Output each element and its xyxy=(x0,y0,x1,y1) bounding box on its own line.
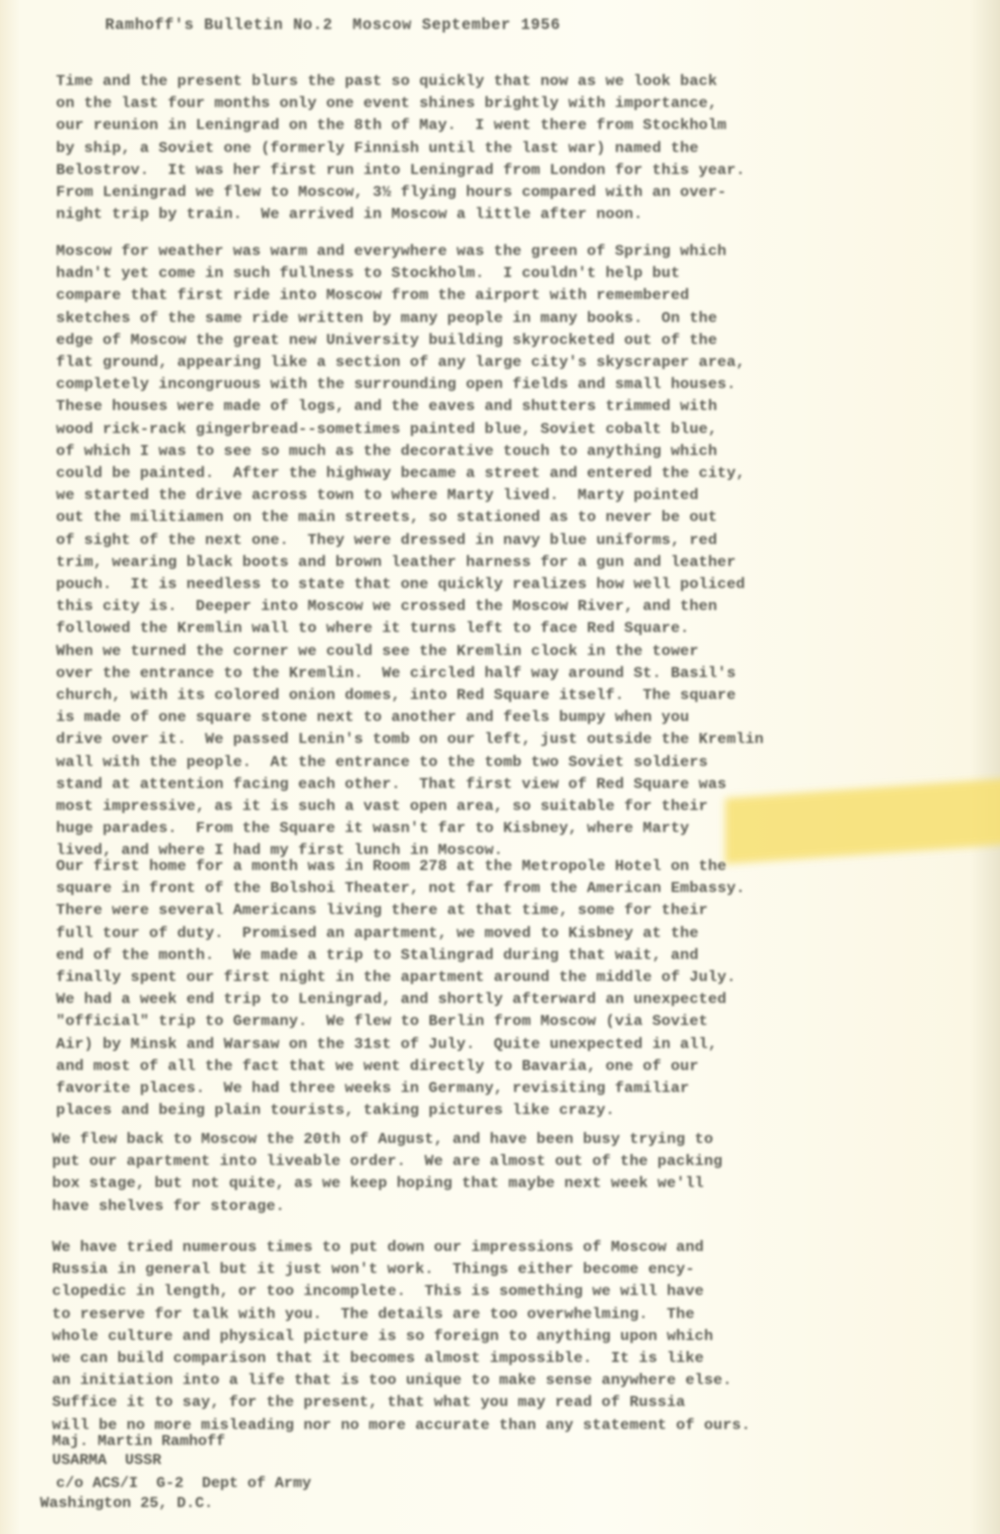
text-line: clopedic in length, or too incomplete. T… xyxy=(52,1280,1000,1302)
text-line: have shelves for storage. xyxy=(52,1195,1000,1217)
text-line: Time and the present blurs the past so q… xyxy=(56,70,1000,92)
signature-city: Washington 25, D.C. xyxy=(40,1494,213,1513)
text-line: These houses were made of logs, and the … xyxy=(56,395,1000,417)
text-line: this city is. Deeper into Moscow we cros… xyxy=(56,595,1000,617)
paragraph-1: Time and the present blurs the past so q… xyxy=(56,70,1000,225)
text-line: on the last four months only one event s… xyxy=(56,92,1000,114)
text-line: whole culture and physical picture is so… xyxy=(52,1325,1000,1347)
text-line: huge parades. From the Square it wasn't … xyxy=(56,817,1000,839)
text-line: places and being plain tourists, taking … xyxy=(56,1099,1000,1121)
text-line: favorite places. We had three weeks in G… xyxy=(56,1077,1000,1099)
text-line: box stage, but not quite, as we keep hop… xyxy=(52,1172,1000,1194)
text-line: wall with the people. At the entrance to… xyxy=(56,751,1000,773)
text-line: drive over it. We passed Lenin's tomb on… xyxy=(56,728,1000,750)
text-line: could be painted. After the highway beca… xyxy=(56,462,1000,484)
text-line: most impressive, as it is such a vast op… xyxy=(56,795,1000,817)
text-line: of sight of the next one. They were dres… xyxy=(56,529,1000,551)
text-line: to reserve for talk with you. The detail… xyxy=(52,1303,1000,1325)
text-line: an initiation into a life that is too un… xyxy=(52,1369,1000,1391)
text-line: Russia in general but it just won't work… xyxy=(52,1258,1000,1280)
text-line: trim, wearing black boots and brown leat… xyxy=(56,551,1000,573)
document-page: Ramhoff's Bulletin No.2 Moscow September… xyxy=(0,0,1000,1534)
text-line: finally spent our first night in the apa… xyxy=(56,966,1000,988)
text-line: followed the Kremlin wall to where it tu… xyxy=(56,617,1000,639)
text-line: flat ground, appearing like a section of… xyxy=(56,351,1000,373)
text-line: Our first home for a month was in Room 2… xyxy=(56,855,1000,877)
text-line: end of the month. We made a trip to Stal… xyxy=(56,944,1000,966)
paragraph-2: Moscow for weather was warm and everywhe… xyxy=(56,240,1000,862)
text-line: compare that first ride into Moscow from… xyxy=(56,284,1000,306)
text-line: There were several Americans living ther… xyxy=(56,899,1000,921)
text-line: We flew back to Moscow the 20th of Augus… xyxy=(52,1128,1000,1150)
text-line: by ship, a Soviet one (formerly Finnish … xyxy=(56,137,1000,159)
text-line: put our apartment into liveable order. W… xyxy=(52,1150,1000,1172)
text-line: we started the drive across town to wher… xyxy=(56,484,1000,506)
text-line: Suffice it to say, for the present, that… xyxy=(52,1391,1000,1413)
text-line: wood rick-rack gingerbread--sometimes pa… xyxy=(56,418,1000,440)
text-line: square in front of the Bolshoi Theater, … xyxy=(56,877,1000,899)
text-line: we can build comparison that it becomes … xyxy=(52,1347,1000,1369)
text-line: and most of all the fact that we went di… xyxy=(56,1055,1000,1077)
bulletin-title: Ramhoff's Bulletin No.2 Moscow September… xyxy=(105,16,560,34)
signature-unit: USARMA USSR xyxy=(52,1451,161,1470)
text-line: night trip by train. We arrived in Mosco… xyxy=(56,203,1000,225)
text-line: Belostrov. It was her first run into Len… xyxy=(56,159,1000,181)
text-line: From Leningrad we flew to Moscow, 3½ fly… xyxy=(56,181,1000,203)
text-line: pouch. It is needless to state that one … xyxy=(56,573,1000,595)
text-line: out the militiamen on the main streets, … xyxy=(56,506,1000,528)
text-line: Air) by Minsk and Warsaw on the 31st of … xyxy=(56,1033,1000,1055)
text-line: church, with its colored onion domes, in… xyxy=(56,684,1000,706)
text-line: of which I was to see so much as the dec… xyxy=(56,440,1000,462)
text-line: When we turned the corner we could see t… xyxy=(56,640,1000,662)
signature-address-line: c/o ACS/I G-2 Dept of Army xyxy=(56,1474,311,1493)
paragraph-4: We flew back to Moscow the 20th of Augus… xyxy=(52,1128,1000,1217)
paragraph-3: Our first home for a month was in Room 2… xyxy=(56,855,1000,1121)
text-line: We had a week end trip to Leningrad, and… xyxy=(56,988,1000,1010)
paragraph-5: We have tried numerous times to put down… xyxy=(52,1236,1000,1436)
text-line: completely incongruous with the surround… xyxy=(56,373,1000,395)
text-line: sketches of the same ride written by man… xyxy=(56,307,1000,329)
text-line: edge of Moscow the great new University … xyxy=(56,329,1000,351)
text-line: Moscow for weather was warm and everywhe… xyxy=(56,240,1000,262)
text-line: We have tried numerous times to put down… xyxy=(52,1236,1000,1258)
signature-name: Maj. Martin Ramhoff xyxy=(52,1432,225,1451)
text-line: full tour of duty. Promised an apartment… xyxy=(56,922,1000,944)
text-line: stand at attention facing each other. Th… xyxy=(56,773,1000,795)
text-line: our reunion in Leningrad on the 8th of M… xyxy=(56,114,1000,136)
text-line: hadn't yet come in such fullness to Stoc… xyxy=(56,262,1000,284)
text-line: "official" trip to Germany. We flew to B… xyxy=(56,1010,1000,1032)
text-line: is made of one square stone next to anot… xyxy=(56,706,1000,728)
text-line: over the entrance to the Kremlin. We cir… xyxy=(56,662,1000,684)
